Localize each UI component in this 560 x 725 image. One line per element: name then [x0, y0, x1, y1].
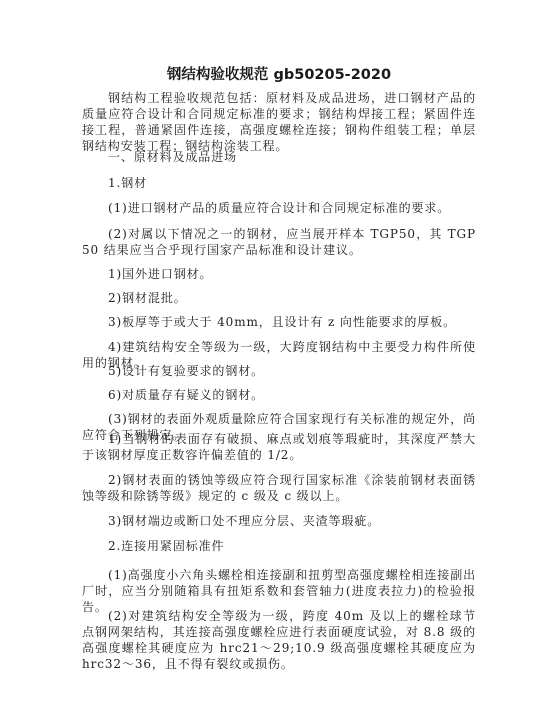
- list-item: 3)板厚等于或大于 40mm，且设计有 z 向性能要求的厚板。: [82, 314, 476, 330]
- subsection-heading-fasteners: 2.连接用紧固标准件: [82, 538, 476, 554]
- section-heading-raw-materials: 一、原材料及成品进场: [82, 149, 476, 165]
- paragraph-item: (2)对建筑结构安全等级为一级，跨度 40m 及以上的螺栓球节点钢网架结构，其连…: [82, 608, 476, 672]
- list-item: 2)钢材表面的锈蚀等级应符合现行国家标准《涂装前钢材表面锈蚀等级和除锈等级》规定…: [82, 472, 476, 504]
- intro-paragraph: 钢结构工程验收规范包括：原材料及成品进场，进口钢材产品的质量应符合设计和合同规定…: [82, 90, 476, 154]
- list-item: 6)对质量存有疑义的钢材。: [82, 387, 476, 403]
- list-item: 1)国外进口钢材。: [82, 266, 476, 282]
- paragraph-item: (1)进口钢材产品的质量应符合设计和合同规定标准的要求。: [82, 200, 476, 216]
- list-item: 5)设计有复验要求的钢材。: [82, 363, 476, 379]
- list-item: 2)钢材混批。: [82, 290, 476, 306]
- list-item: 1)当钢材的表面存有破损、麻点或划痕等瑕疵时，其深度严禁大于该钢材厚度正数容许偏…: [82, 431, 476, 463]
- subsection-heading-steel: 1.钢材: [82, 175, 476, 191]
- list-item: 3)钢材端边或断口处不理应分层、夹渣等瑕疵。: [82, 513, 476, 529]
- document-title: 钢结构验收规范 gb50205-2020: [82, 66, 476, 84]
- paragraph-item: (2)对属以下情况之一的钢材，应当展开样本 TGP50，其 TGP50 结果应当…: [82, 226, 476, 258]
